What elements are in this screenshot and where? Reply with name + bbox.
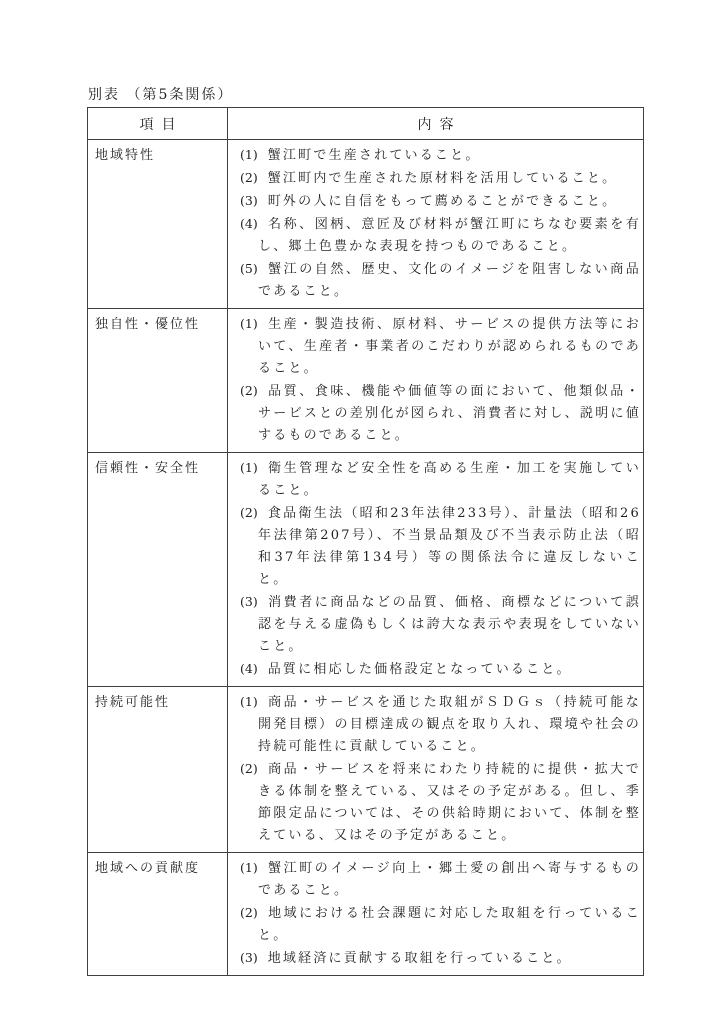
row-item-label: 持続可能性 [88,687,228,853]
row-content-cell: (1)蟹江町で生産されていること。(2)蟹江町内で生産された原材料を活用している… [228,140,644,309]
point-number: (3) [240,594,258,609]
row-content-cell: (1)衛生管理など安全性を高める生産・加工を実施していること。(2)食品衛生法（… [228,453,644,687]
point-text: 名称、図柄、意匠及び材料が蟹江町にちなむ要素を有し、郷土色豊かな表現を持つもので… [258,217,641,254]
content-point: (2)蟹江町内で生産された原材料を活用していること。 [234,167,641,190]
column-header-content: 内容 [228,108,644,140]
content-point: (3)町外の人に自信をもって薦めることができること。 [234,190,641,213]
table-header-row: 項目 内容 [88,108,644,140]
content-point: (1)蟹江町で生産されていること。 [234,144,641,167]
row-content-cell: (1)生産・製造技術、原材料、サービスの提供方法等において、生産者・事業者のこだ… [228,309,644,453]
point-text: 町外の人に自信をもって薦めることができること。 [268,194,618,209]
table-row: 地域への貢献度(1)蟹江町のイメージ向上・郷土愛の創出へ寄与するものであること。… [88,853,644,976]
row-item-label: 信頼性・安全性 [88,453,228,687]
point-text: 品質、食味、機能や価値等の面において、他類似品・サービスとの差別化が図られ、消費… [258,384,641,443]
point-text: 食品衛生法（昭和23年法律233号）、計量法（昭和26年法律第207号）、不当景… [258,506,641,587]
point-text: 消費者に商品などの品質、価格、商標などについて誤認を与える虚偽もしくは誇大な表示… [258,595,641,654]
table-row: 独自性・優位性(1)生産・製造技術、原材料、サービスの提供方法等において、生産者… [88,309,644,453]
content-point: (1)生産・製造技術、原材料、サービスの提供方法等において、生産者・事業者のこだ… [234,313,641,380]
content-point: (5)蟹江の自然、歴史、文化のイメージを阻害しない商品であること。 [234,258,641,303]
row-item-label: 地域特性 [88,140,228,309]
content-point: (3)消費者に商品などの品質、価格、商標などについて誤認を与える虚偽もしくは誇大… [234,591,641,658]
table-row: 信頼性・安全性(1)衛生管理など安全性を高める生産・加工を実施していること。(2… [88,453,644,687]
point-number: (1) [240,694,258,709]
point-number: (1) [240,147,258,162]
point-number: (2) [240,505,258,520]
point-number: (5) [240,261,258,276]
row-item-label: 独自性・優位性 [88,309,228,453]
document-page: 別表 （第5条関係） 項目 内容 地域特性(1)蟹江町で生産されていること。(2… [0,0,724,1024]
point-text: 蟹江町のイメージ向上・郷土愛の創出へ寄与するものであること。 [258,861,641,898]
content-point: (1)衛生管理など安全性を高める生産・加工を実施していること。 [234,457,641,502]
content-point: (3)地域経済に貢献する取組を行っていること。 [234,947,641,970]
table-body: 地域特性(1)蟹江町で生産されていること。(2)蟹江町内で生産された原材料を活用… [88,140,644,976]
content-point: (2)品質、食味、機能や価値等の面において、他類似品・サービスとの差別化が図られ… [234,380,641,447]
row-item-label: 地域への貢献度 [88,853,228,976]
point-number: (3) [240,193,258,208]
point-number: (2) [240,383,258,398]
content-point: (1)蟹江町のイメージ向上・郷土愛の創出へ寄与するものであること。 [234,857,641,902]
criteria-table: 項目 内容 地域特性(1)蟹江町で生産されていること。(2)蟹江町内で生産された… [87,107,644,976]
point-text: 商品・サービスを通じた取組がＳＤＧｓ（持続可能な開発目標）の目標達成の観点を取り… [258,695,641,754]
content-point: (2)食品衛生法（昭和23年法律233号）、計量法（昭和26年法律第207号）、… [234,502,641,591]
point-text: 蟹江町内で生産された原材料を活用していること。 [268,171,618,186]
table-header: 項目 内容 [88,108,644,140]
content-point: (4)名称、図柄、意匠及び材料が蟹江町にちなむ要素を有し、郷土色豊かな表現を持つ… [234,213,641,258]
point-text: 地域経済に貢献する取組を行っていること。 [268,951,572,966]
point-text: 地域における社会課題に対応した取組を行っていること。 [258,906,641,943]
point-number: (3) [240,950,258,965]
document-title: 別表 （第5条関係） [88,86,233,104]
point-number: (1) [240,316,258,331]
column-header-item: 項目 [88,108,228,140]
point-text: 商品・サービスを将来にわたり持続的に提供・拡大できる体制を整えている、又はその予… [258,762,641,843]
point-number: (1) [240,860,258,875]
row-content-cell: (1)商品・サービスを通じた取組がＳＤＧｓ（持続可能な開発目標）の目標達成の観点… [228,687,644,853]
point-number: (1) [240,460,258,475]
point-number: (4) [240,216,258,231]
content-point: (2)地域における社会課題に対応した取組を行っていること。 [234,902,641,947]
point-text: 生産・製造技術、原材料、サービスの提供方法等において、生産者・事業者のこだわりが… [258,317,641,376]
content-point: (4)品質に相応した価格設定となっていること。 [234,658,641,681]
point-number: (2) [240,761,258,776]
point-text: 衛生管理など安全性を高める生産・加工を実施していること。 [258,461,641,498]
table-row: 持続可能性(1)商品・サービスを通じた取組がＳＤＧｓ（持続可能な開発目標）の目標… [88,687,644,853]
point-text: 蟹江の自然、歴史、文化のイメージを阻害しない商品であること。 [258,262,641,299]
content-point: (1)商品・サービスを通じた取組がＳＤＧｓ（持続可能な開発目標）の目標達成の観点… [234,691,641,758]
row-content-cell: (1)蟹江町のイメージ向上・郷土愛の創出へ寄与するものであること。(2)地域にお… [228,853,644,976]
table-row: 地域特性(1)蟹江町で生産されていること。(2)蟹江町内で生産された原材料を活用… [88,140,644,309]
point-number: (2) [240,905,258,920]
point-text: 蟹江町で生産されていること。 [268,148,481,163]
point-text: 品質に相応した価格設定となっていること。 [268,662,572,677]
point-number: (2) [240,170,258,185]
point-number: (4) [240,661,258,676]
content-point: (2)商品・サービスを将来にわたり持続的に提供・拡大できる体制を整えている、又は… [234,758,641,847]
